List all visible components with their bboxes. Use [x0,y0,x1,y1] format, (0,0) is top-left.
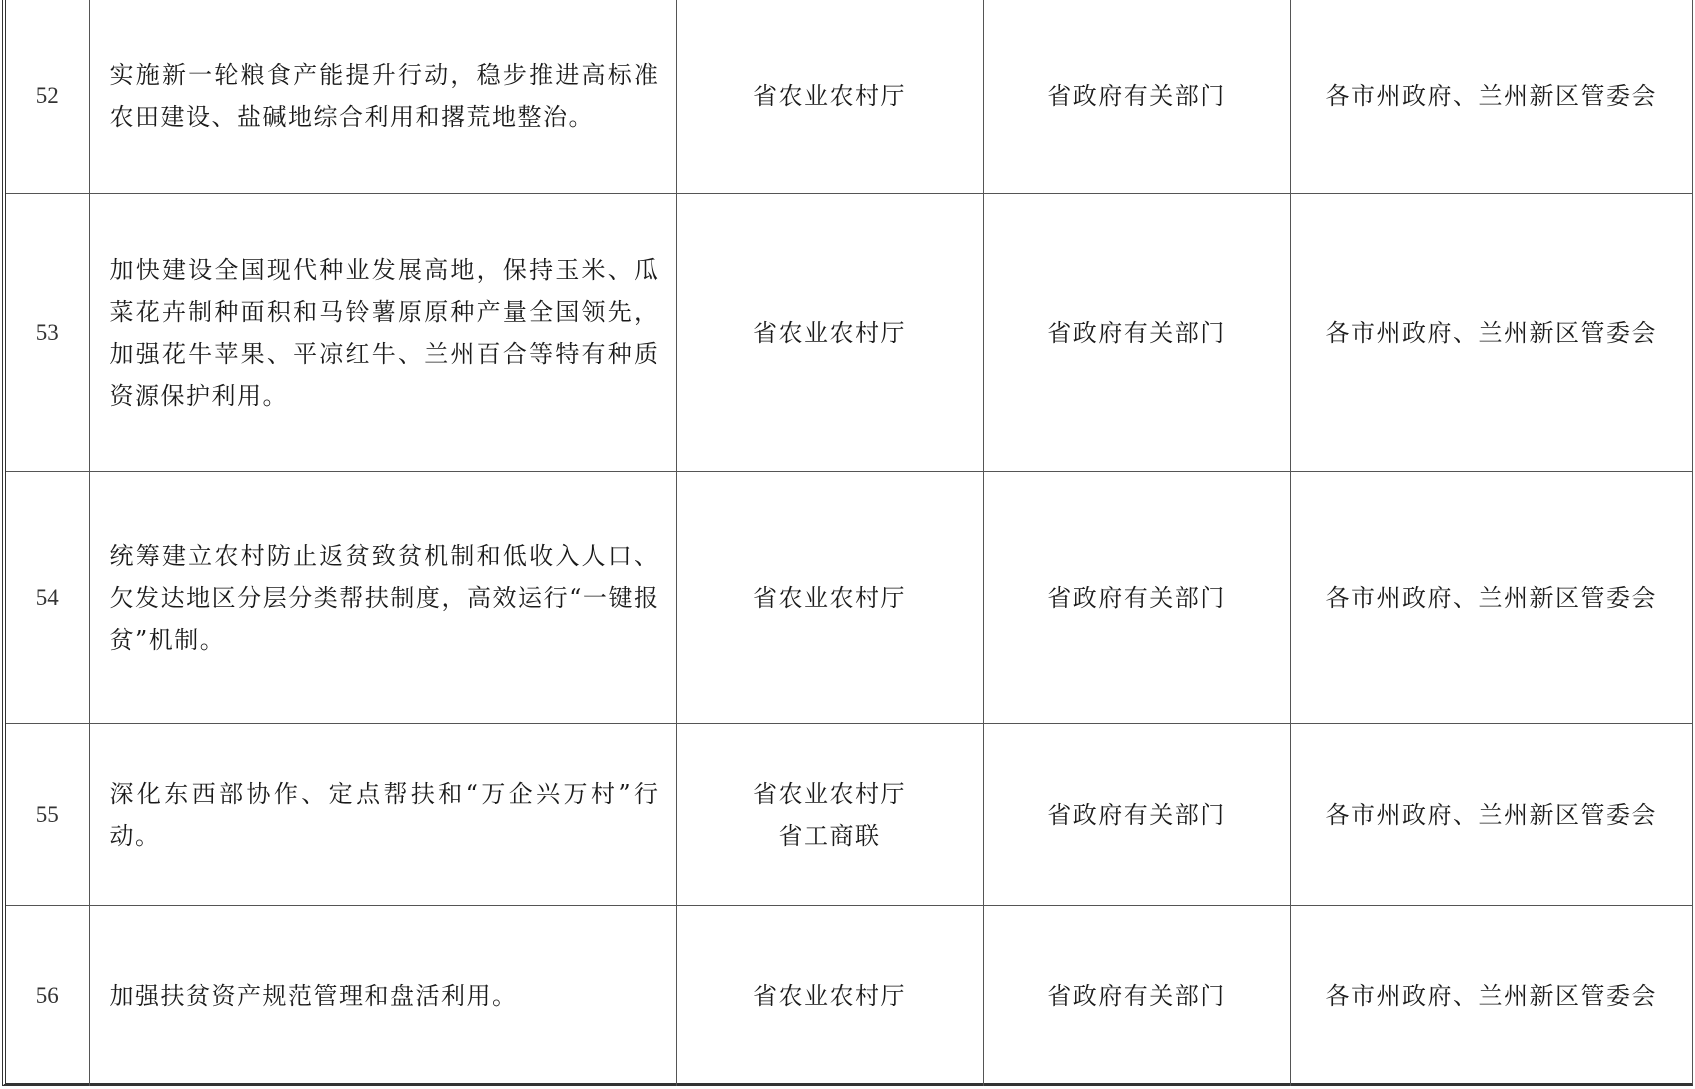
lead-unit-name: 省农业农村厅 [677,312,983,354]
lead-unit-name: 省农业农村厅 [677,975,983,1017]
table-row: 53 加快建设全国现代种业发展高地，保持玉米、瓜菜花卉制种面积和马铃薯原原种产量… [6,194,1692,472]
task-description: 深化东西部协作、定点帮扶和“万企兴万村”行动。 [89,724,676,906]
lead-unit-name: 省农业农村厅 [677,773,983,815]
lead-unit: 省农业农村厅 [676,0,983,194]
row-number: 55 [6,724,89,906]
responsible-units: 各市州政府、兰州新区管委会 [1290,724,1692,906]
task-table-container: 52 实施新一轮粮食产能提升行动，稳步推进高标准农田建设、盐碱地综合利用和撂荒地… [2,0,1693,1086]
task-description: 实施新一轮粮食产能提升行动，稳步推进高标准农田建设、盐碱地综合利用和撂荒地整治。 [89,0,676,194]
table-row: 54 统筹建立农村防止返贫致贫机制和低收入人口、欠发达地区分层分类帮扶制度，高效… [6,472,1692,724]
lead-unit: 省农业农村厅 [676,194,983,472]
table-row: 56 加强扶贫资产规范管理和盘活利用。 省农业农村厅 省政府有关部门 各市州政府… [6,906,1692,1086]
responsible-units: 各市州政府、兰州新区管委会 [1290,906,1692,1086]
participating-units: 省政府有关部门 [983,724,1290,906]
participating-units: 省政府有关部门 [983,0,1290,194]
row-number: 53 [6,194,89,472]
lead-unit: 省农业农村厅 [676,906,983,1086]
participating-units: 省政府有关部门 [983,906,1290,1086]
row-number: 56 [6,906,89,1086]
table-row: 55 深化东西部协作、定点帮扶和“万企兴万村”行动。 省农业农村厅 省工商联 省… [6,724,1692,906]
participating-units: 省政府有关部门 [983,194,1290,472]
task-description: 加快建设全国现代种业发展高地，保持玉米、瓜菜花卉制种面积和马铃薯原原种产量全国领… [89,194,676,472]
row-number: 52 [6,0,89,194]
lead-unit: 省农业农村厅 [676,472,983,724]
responsible-units: 各市州政府、兰州新区管委会 [1290,0,1692,194]
lead-unit: 省农业农村厅 省工商联 [676,724,983,906]
task-description: 加强扶贫资产规范管理和盘活利用。 [89,906,676,1086]
lead-unit-name: 省农业农村厅 [677,577,983,619]
responsible-units: 各市州政府、兰州新区管委会 [1290,472,1692,724]
lead-unit-name: 省农业农村厅 [677,75,983,117]
task-table: 52 实施新一轮粮食产能提升行动，稳步推进高标准农田建设、盐碱地综合利用和撂荒地… [6,0,1692,1086]
participating-units: 省政府有关部门 [983,472,1290,724]
task-description: 统筹建立农村防止返贫致贫机制和低收入人口、欠发达地区分层分类帮扶制度，高效运行“… [89,472,676,724]
responsible-units: 各市州政府、兰州新区管委会 [1290,194,1692,472]
table-row: 52 实施新一轮粮食产能提升行动，稳步推进高标准农田建设、盐碱地综合利用和撂荒地… [6,0,1692,194]
row-number: 54 [6,472,89,724]
lead-unit-name: 省工商联 [677,815,983,857]
